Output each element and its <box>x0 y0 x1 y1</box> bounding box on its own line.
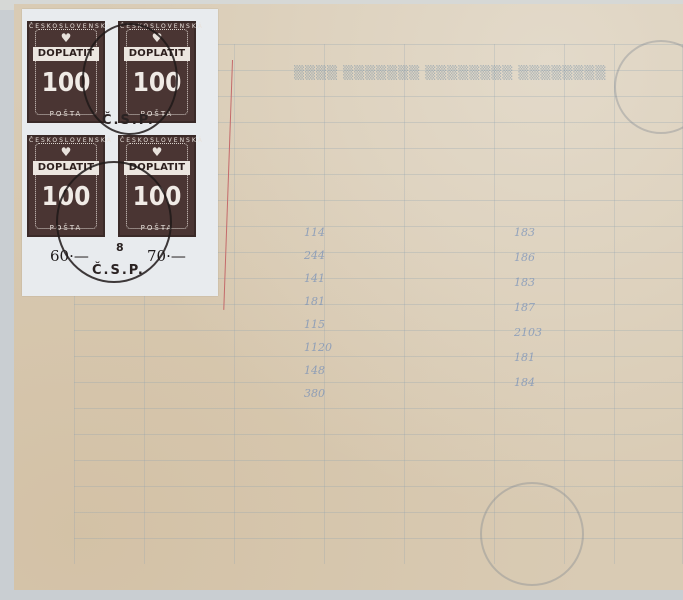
handwritten-entry: 2103 <box>514 326 542 339</box>
grid-column-line <box>564 44 565 564</box>
handwritten-entry: 380 <box>304 387 325 400</box>
form-heading-faint: ▒▒▒▒ ▒▒▒▒▒▒▒ ▒▒▒▒▒▒▒▒ ▒▒▒▒▒▒▒▒ <box>294 66 606 81</box>
grid-row-line <box>74 434 683 435</box>
grid-row-line <box>74 460 683 461</box>
grid-row-line <box>74 486 683 487</box>
handwritten-entry: 181 <box>304 295 325 308</box>
grid-row-line <box>74 304 683 305</box>
handwritten-entry: 244 <box>304 249 325 262</box>
handwritten-entry: 187 <box>514 301 535 314</box>
stamp-border-text: ČESKOSLOVENSKÁ <box>29 23 103 30</box>
grid-row-line <box>74 408 683 409</box>
handwritten-entry: 115 <box>304 318 325 331</box>
handwritten-entry: 183 <box>514 276 535 289</box>
handwritten-entry: 181 <box>514 351 535 364</box>
stamp-border-text: ČESKOSLOVENSKÁ <box>120 137 194 144</box>
stamp-block-sheet: ČESKOSLOVENSKÁ ♥ DOPLATIT 100 POŠTA ČESK… <box>22 9 218 296</box>
handwritten-entry: 1120 <box>304 341 332 354</box>
grid-column-line <box>614 44 615 564</box>
handwritten-entry: 114 <box>304 226 325 239</box>
postmark-text-upper: Č.S.P. <box>102 113 155 128</box>
faint-postmark-bottom <box>480 482 584 586</box>
heart-ornament-icon: ♥ <box>59 147 73 157</box>
grid-column-line <box>404 44 405 564</box>
grid-row-line <box>74 382 683 383</box>
handwritten-entry: 148 <box>304 364 325 377</box>
stamp-border-text: ČESKOSLOVENSKÁ <box>29 137 103 144</box>
postmark-text-lower: Č.S.P. <box>92 263 145 278</box>
grid-row-line <box>74 356 683 357</box>
handwritten-entry: 183 <box>514 226 535 239</box>
grid-column-line <box>494 44 495 564</box>
grid-row-line <box>74 512 683 513</box>
grid-column-line <box>234 44 235 564</box>
handwritten-entry: 186 <box>514 251 535 264</box>
heart-ornament-icon: ♥ <box>150 147 164 157</box>
handwritten-entry: 184 <box>514 376 535 389</box>
grid-row-line <box>74 538 683 539</box>
heart-ornament-icon: ♥ <box>59 33 73 43</box>
handwritten-entry: 141 <box>304 272 325 285</box>
grid-row-line <box>74 330 683 331</box>
postmark-date-lower: 8 <box>116 241 126 254</box>
